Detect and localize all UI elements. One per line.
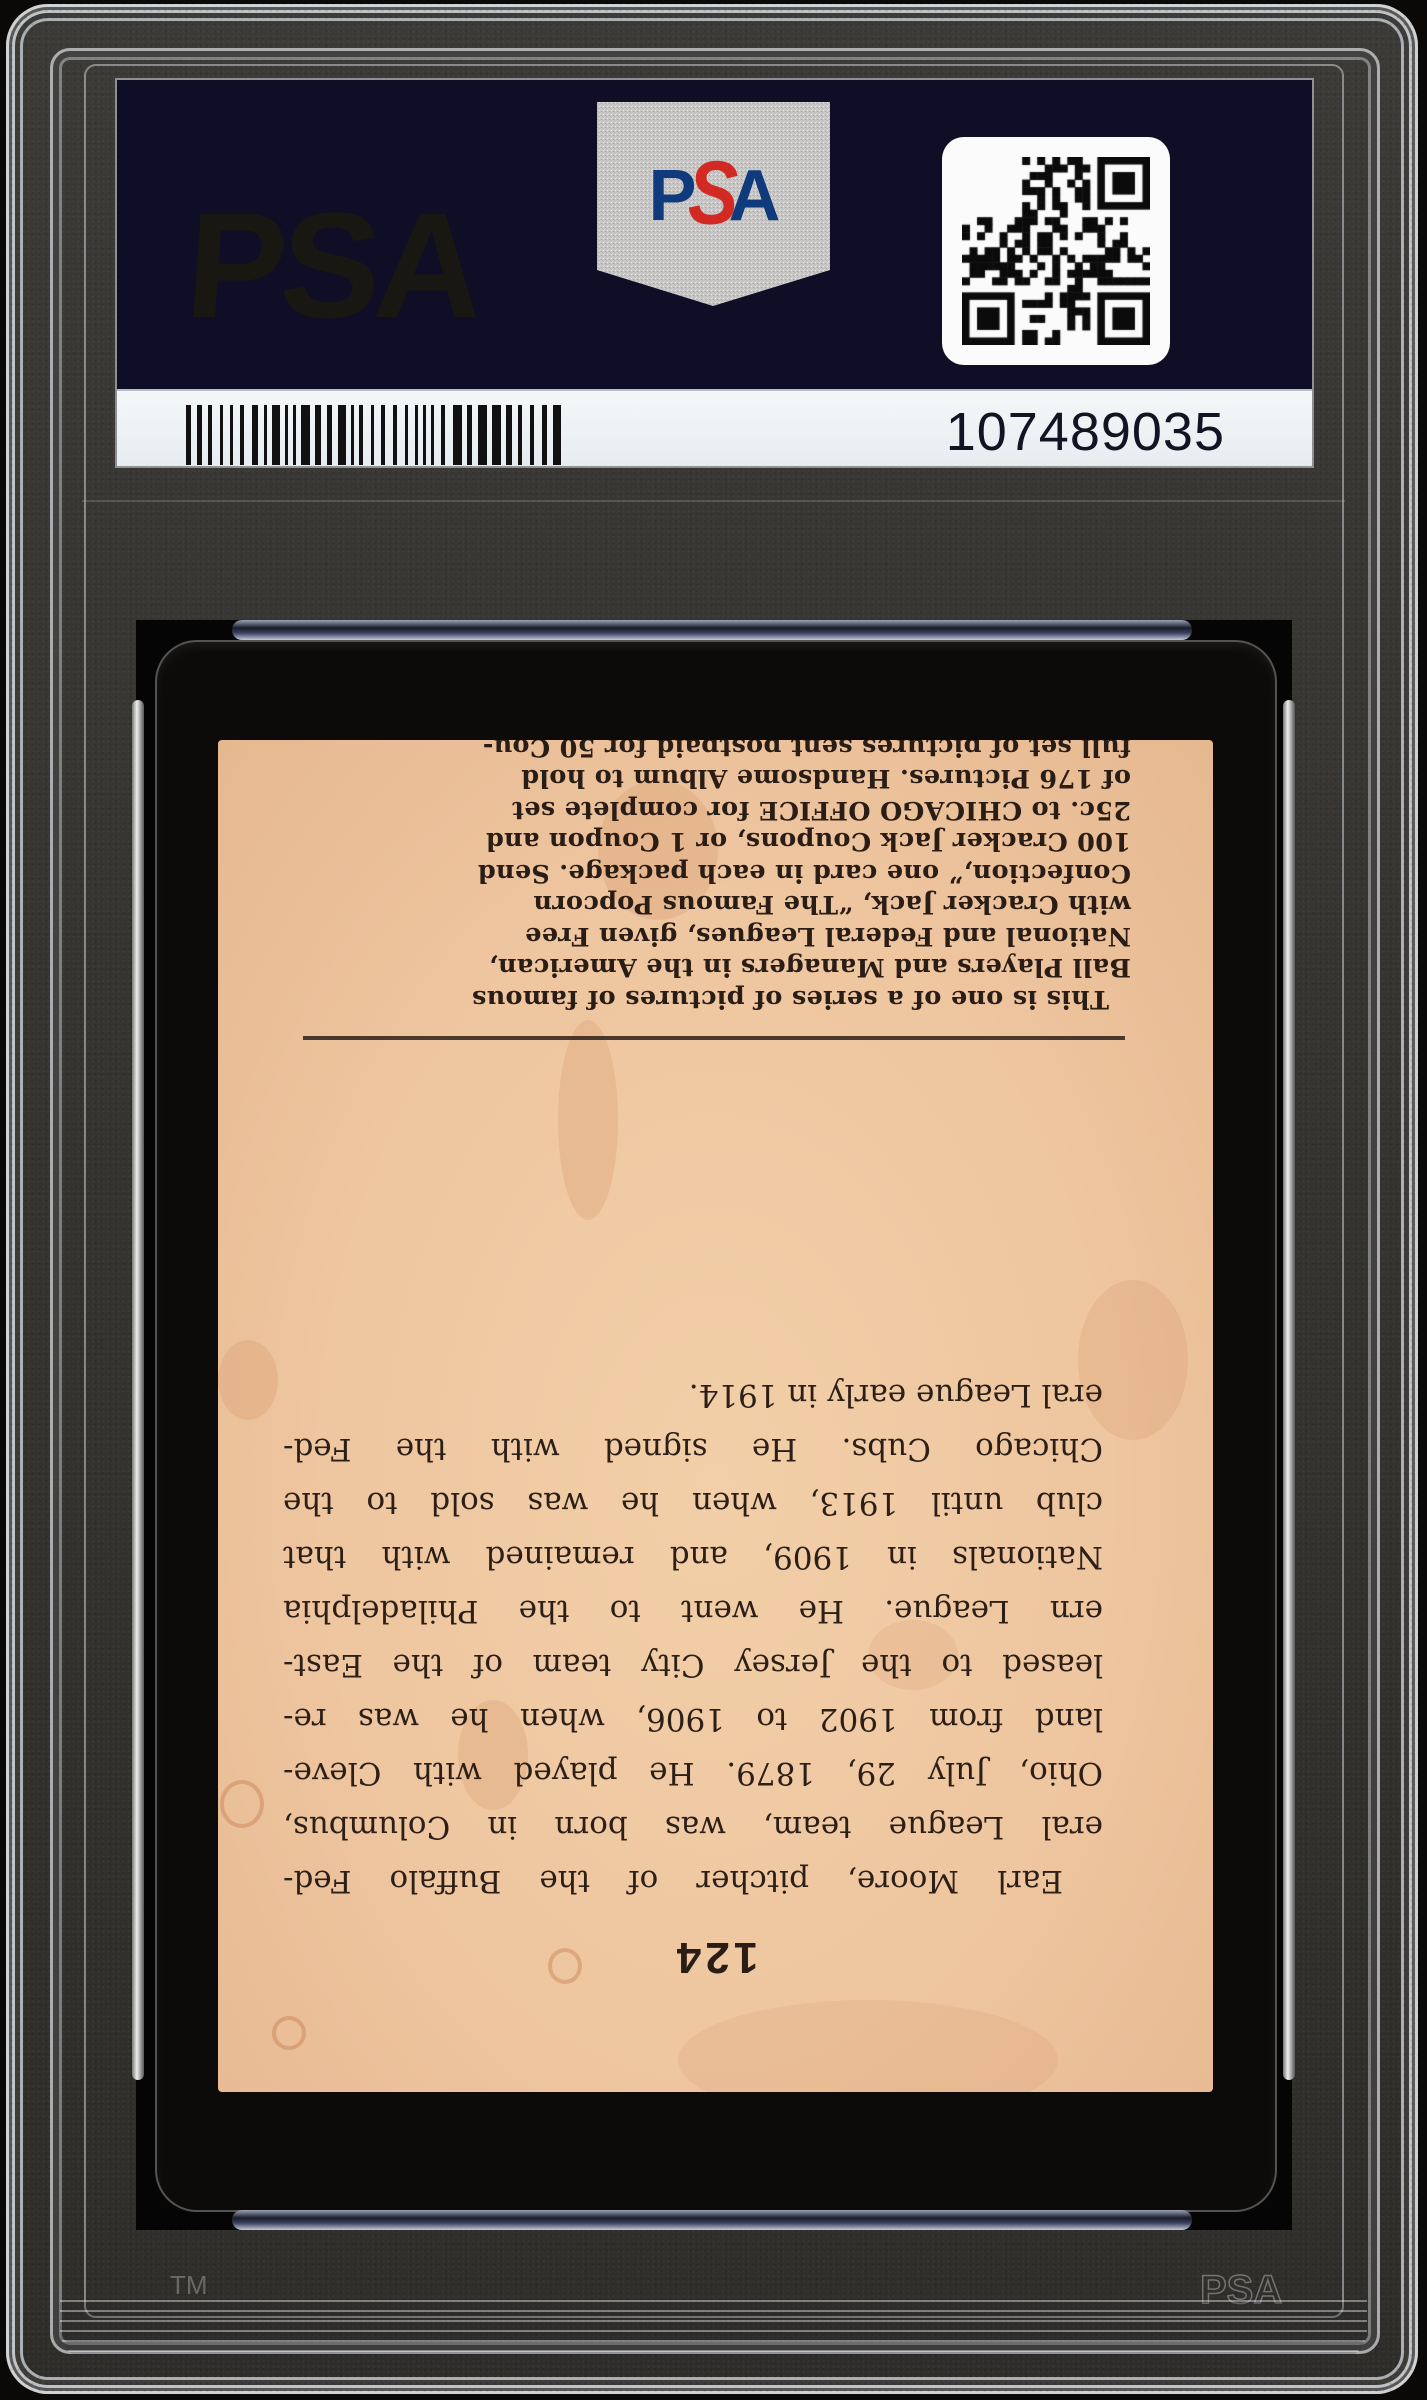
bio-line: club until 1913, when he was sold to the — [283, 1476, 1103, 1530]
bio-line: Nationals in 1909, and remained with tha… — [283, 1530, 1103, 1584]
certification-number: 107489035 — [946, 401, 1225, 463]
sleeve-rail-left — [132, 700, 144, 2080]
ad-line: full set of pictures sent postpaid for 5… — [301, 740, 1131, 762]
psa-label: PSA PSA 107489035 — [115, 78, 1314, 468]
ad-line: This is one of a series of pictures of f… — [301, 983, 1131, 1015]
ad-line: 100 Cracker Jack Coupons, or 1 Coupon an… — [301, 825, 1131, 857]
qr-code-icon[interactable] — [942, 137, 1170, 365]
bio-line: eral League team, was born in Columbus, — [283, 1800, 1103, 1854]
sleeve-rail-bottom — [232, 2210, 1192, 2230]
card-number: 124 — [218, 1932, 1213, 1982]
bio-line: leased to the Jersey City team of the Ea… — [283, 1638, 1103, 1692]
barcode-icon — [186, 405, 566, 465]
label-navy-panel: PSA PSA — [117, 80, 1312, 389]
ad-line: Ball Players and Managers in the America… — [301, 951, 1131, 983]
bio-line: land from 1902 to 1906, when he was re- — [283, 1692, 1103, 1746]
slab-divider — [82, 500, 1345, 502]
baseball-card-back: 124 Earl Moore, pitcher of the Buffalo F… — [218, 740, 1213, 2092]
bio-line: Chicago Cubs. He signed with the Fed- — [283, 1422, 1103, 1476]
card-text-rotated: 124 Earl Moore, pitcher of the Buffalo F… — [218, 740, 1213, 2092]
bio-line: Earl Moore, pitcher of the Buffalo Fed- — [283, 1854, 1103, 1908]
trademark-mark: TM — [170, 2270, 208, 2301]
ad-line: of 176 Pictures. Handsome Album to hold — [301, 762, 1131, 794]
player-biography: Earl Moore, pitcher of the Buffalo Fed-e… — [283, 1368, 1103, 1908]
bio-line: ern League. He went to the Philadelphia — [283, 1584, 1103, 1638]
sleeve-rail-right — [1283, 700, 1295, 2080]
psa-ghost-logo-icon: PSA — [182, 190, 483, 340]
ad-line: with Cracker Jack, “The Famous Popcorn — [301, 888, 1131, 920]
slab-bottom-ridges — [60, 2300, 1367, 2360]
ad-line: Confection,” one card in each package. S… — [301, 857, 1131, 889]
bio-line: Ohio, July 29, 1879. He played with Clev… — [283, 1746, 1103, 1800]
ad-line: 25c. to CHICAGO OFFICE for complete set — [301, 794, 1131, 826]
sleeve-rail-top — [232, 620, 1192, 640]
ad-line: National and Federal Leagues, given Free — [301, 920, 1131, 952]
ad-separator-rule — [303, 1036, 1125, 1040]
shield-logo-text: PSA — [595, 160, 832, 232]
psa-shield-logo-icon: PSA — [595, 102, 832, 307]
advertisement-text: This is one of a series of pictures of f… — [301, 740, 1131, 1014]
bio-line: eral League early in 1914. — [283, 1368, 1103, 1422]
